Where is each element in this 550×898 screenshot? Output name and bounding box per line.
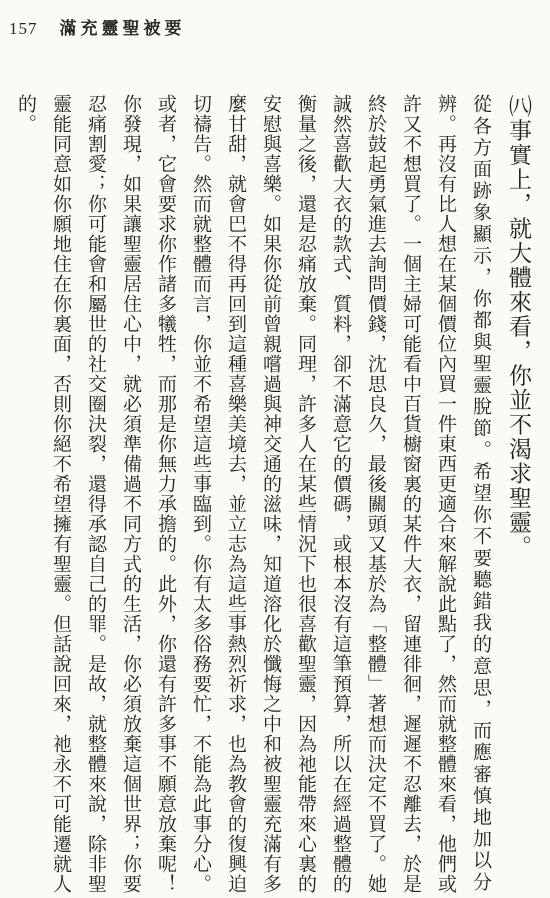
text-column: 辨。再沒有比人想在某個價位內買一件東西更適合來解說此點了，然而就整體來看，他們或 [428, 94, 463, 896]
text-column: 衡量之後，還是忍痛放棄。同理，許多人在某些情況下也很喜歡聖靈，因為祂能帶來心裏的 [288, 94, 323, 896]
text-column: 的。 [8, 94, 43, 896]
text-column: 切禱告。然而就整體而言，你並不希望這些事臨到。你有太多俗務要忙，不能為此事分心。 [183, 94, 218, 896]
text-column: 或者，它會要求你作諸多犧牲，而那是你無力承擔的。此外，你還有許多事不願意放棄呢！ [148, 94, 183, 896]
text-column: 誠然喜歡大衣的款式、質料，卻不滿意它的價碼，或根本沒有這筆預算，所以在經過整體的 [323, 94, 358, 896]
text-column: 從各方面跡象顯示，你都與聖靈脫節。希望你不要聽錯我的意思，而應審慎地加以分 [463, 94, 498, 896]
text-column: 安慰與喜樂。如果你從前曾親嚐過與神交通的滋味，知道溶化於懺悔之中和被聖靈充滿有多 [253, 94, 288, 896]
text-column: 忍痛割愛；你可能會和屬世的社交圈決裂，還得承認自己的罪。是故，就整體來說，除非聖 [78, 94, 113, 896]
book-page: 157 滿充靈聖被要 ㈧事實上，就大體來看，你並不渴求聖靈。 從各方面跡象顯示，… [0, 0, 550, 898]
running-title: 滿充靈聖被要 [60, 14, 186, 39]
text-column: 你發現，如果讓聖靈居住心中，就必須準備過不同方式的生活，你必須放棄這個世界；你要 [113, 94, 148, 896]
vertical-text-body: ㈧事實上，就大體來看，你並不渴求聖靈。 從各方面跡象顯示，你都與聖靈脫節。希望你… [8, 94, 538, 896]
page-header: 157 滿充靈聖被要 [9, 14, 186, 39]
text-column: 靈能同意如你願地住在你裏面，否則你絕不希望擁有聖靈。但話說回來，祂永不可能遷就人 [43, 94, 78, 896]
text-column: 終於鼓起勇氣進去詢問價錢，沈思良久，最後關頭又基於為「整體」著想而決定不買了。她 [358, 94, 393, 896]
text-column: 許又不想買了。一個主婦可能看中百貨櫥窗裏的某件大衣，留連徘徊，遲遲不忍離去，於是 [393, 94, 428, 896]
section-heading: ㈧事實上，就大體來看，你並不渴求聖靈。 [498, 94, 538, 896]
text-column: 麼甘甜，就會巴不得再回到這種喜樂美境去，並立志為這些事熱烈祈求，也為教會的復興迫 [218, 94, 253, 896]
page-number: 157 [9, 19, 38, 39]
